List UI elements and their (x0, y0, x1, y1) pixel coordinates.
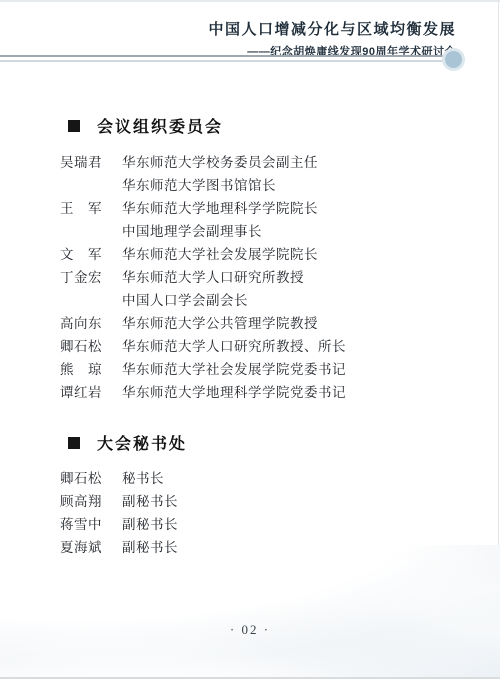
member-name: 卿石松 (60, 335, 122, 358)
member-role: 华东师范大学人口研究所教授 (122, 266, 304, 289)
committee-row: 高向东华东师范大学公共管理学院教授 (60, 312, 346, 335)
member-name: 谭红岩 (60, 381, 122, 404)
member-name: 吴瑞君 (60, 151, 122, 174)
member-role: 秘书长 (122, 467, 164, 490)
member-name: 蒋雪中 (60, 513, 122, 536)
section-title: 会议组织委员会 (97, 114, 223, 137)
committee-row: 丁金宏华东师范大学人口研究所教授 (60, 266, 346, 289)
member-role: 中国地理学会副理事长 (122, 220, 262, 243)
member-name: 卿石松 (60, 467, 122, 490)
section-header-secretariat: 大会秘书处 (68, 431, 187, 454)
member-name (60, 220, 122, 243)
member-name: 王 军 (60, 197, 122, 220)
section-header-organizing-committee: 会议组织委员会 (68, 114, 223, 137)
committee-row: 卿石松华东师范大学人口研究所教授、所长 (60, 335, 346, 358)
secretariat-row: 夏海斌副秘书长 (60, 536, 178, 559)
section-bullet-icon (68, 437, 80, 449)
header-rule-light (0, 60, 447, 62)
committee-row: 中国地理学会副理事长 (60, 220, 346, 243)
conference-title: 中国人口增减分化与区域均衡发展 (208, 18, 456, 39)
member-role: 华东师范大学校务委员会副主任 (122, 151, 318, 174)
member-role: 华东师范大学人口研究所教授、所长 (122, 335, 346, 358)
member-role: 华东师范大学地理科学学院党委书记 (122, 381, 346, 404)
member-name (60, 174, 122, 197)
committee-row: 中国人口学会副会长 (60, 289, 346, 312)
member-name: 文 军 (60, 243, 122, 266)
member-name: 丁金宏 (60, 266, 122, 289)
secretariat-list: 卿石松秘书长 顾高翔副秘书长 蒋雪中副秘书长 夏海斌副秘书长 (60, 467, 178, 559)
secretariat-row: 蒋雪中副秘书长 (60, 513, 178, 536)
member-role: 华东师范大学地理科学学院院长 (122, 197, 318, 220)
member-name (60, 289, 122, 312)
member-role: 副秘书长 (122, 513, 178, 536)
committee-row: 文 军华东师范大学社会发展学院院长 (60, 243, 346, 266)
header-accent-circle (445, 51, 462, 68)
section-title: 大会秘书处 (97, 431, 187, 454)
member-role: 副秘书长 (122, 490, 178, 513)
page-header: 中国人口增减分化与区域均衡发展 ——纪念胡焕庸线发现90周年学术研讨会 (208, 18, 456, 59)
member-name: 顾高翔 (60, 490, 122, 513)
member-role: 华东师范大学社会发展学院院长 (122, 243, 318, 266)
committee-row: 熊 琼华东师范大学社会发展学院党委书记 (60, 358, 346, 381)
member-role: 中国人口学会副会长 (122, 289, 248, 312)
page-edge-top (0, 0, 500, 2)
secretariat-row: 顾高翔副秘书长 (60, 490, 178, 513)
member-role: 副秘书长 (122, 536, 178, 559)
committee-row: 谭红岩华东师范大学地理科学学院党委书记 (60, 381, 346, 404)
committee-row: 吴瑞君华东师范大学校务委员会副主任 (60, 151, 346, 174)
page-number: · 02 · (0, 622, 500, 638)
member-role: 华东师范大学图书馆馆长 (122, 174, 276, 197)
member-name: 夏海斌 (60, 536, 122, 559)
committee-row: 华东师范大学图书馆馆长 (60, 174, 346, 197)
organizing-committee-list: 吴瑞君华东师范大学校务委员会副主任 华东师范大学图书馆馆长 王 军华东师范大学地… (60, 151, 346, 404)
footer-wave-decoration (0, 545, 500, 677)
document-page: 中国人口增减分化与区域均衡发展 ——纪念胡焕庸线发现90周年学术研讨会 会议组织… (0, 0, 500, 679)
member-role: 华东师范大学公共管理学院教授 (122, 312, 318, 335)
secretariat-row: 卿石松秘书长 (60, 467, 178, 490)
member-name: 熊 琼 (60, 358, 122, 381)
section-bullet-icon (68, 120, 80, 132)
member-role: 华东师范大学社会发展学院党委书记 (122, 358, 346, 381)
committee-row: 王 军华东师范大学地理科学学院院长 (60, 197, 346, 220)
header-rule-dark (0, 55, 447, 57)
member-name: 高向东 (60, 312, 122, 335)
